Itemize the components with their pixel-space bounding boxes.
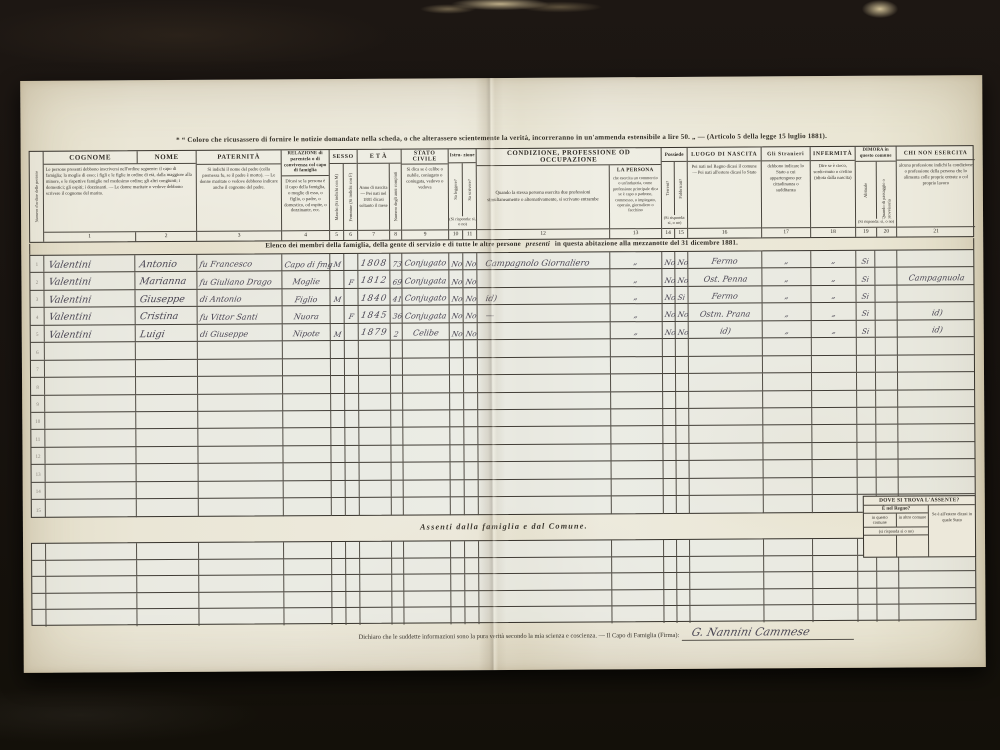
cell-m: M <box>331 324 345 341</box>
handwritten-entry: Conjugato <box>402 295 449 305</box>
cell-luogo <box>690 539 764 555</box>
eta-anni-label: Numero degli anni compiuti <box>393 172 399 222</box>
cell-m <box>331 359 345 376</box>
handwritten-entry: 1840 <box>358 294 390 305</box>
cell-inf <box>812 338 857 355</box>
cell-luogo <box>690 606 764 623</box>
list-title-pre: Elenco dei membri della famiglia, della … <box>265 241 521 250</box>
handwritten-entry: Moglie <box>289 278 322 288</box>
col-num-19: 19 <box>856 228 877 237</box>
cell-fabb <box>677 540 690 556</box>
row-number: 1 <box>36 263 39 268</box>
col-luogo-nascita: LUOGO DI NASCITA Pei nati nel Regno dica… <box>688 147 763 237</box>
cell-terreni <box>663 409 676 426</box>
cell-terreni <box>664 461 677 478</box>
cell-fabb <box>677 606 690 623</box>
cell-cognome <box>45 430 136 447</box>
col-num-11: 11 <box>463 230 476 239</box>
cell-relazione: Nipote <box>283 324 331 341</box>
col-num-4: 4 <box>282 231 329 240</box>
cell-terreni <box>664 496 677 514</box>
cell-legge <box>451 462 465 479</box>
cell-anno <box>360 608 392 625</box>
cell-anni <box>392 558 404 574</box>
dove-sub-questo-comune: in questo comune <box>864 514 897 527</box>
cell-scrive <box>464 428 478 445</box>
cell-num: 8 <box>31 378 45 395</box>
cell-anni <box>392 542 404 558</box>
cell-abit <box>857 338 876 355</box>
cell-terreni <box>664 590 677 606</box>
cell-chinon: id) <box>898 302 976 319</box>
handwritten-entry: „ <box>782 275 792 285</box>
cell-relazione: Capo di fmg <box>282 254 330 271</box>
handwritten-entry: Giuseppe <box>135 295 188 307</box>
cell-anni <box>391 428 403 445</box>
row-number: 6 <box>36 350 39 355</box>
handwritten-entry: „ <box>631 311 641 321</box>
cell-num: 12 <box>31 448 45 465</box>
handwritten-entry: „ <box>631 276 641 286</box>
cell-prof: — <box>478 305 611 322</box>
row-number: 7 <box>36 368 39 373</box>
cell-legge <box>450 358 464 375</box>
row-number: 3 <box>36 298 39 303</box>
cell-fabb: Si <box>675 287 688 304</box>
cell-luogo: Ostm. Prana <box>689 304 763 321</box>
cell-stran <box>764 572 813 588</box>
cell-nome: Antonio <box>135 255 197 272</box>
cell-relazione <box>283 359 331 376</box>
cell-chinon <box>898 424 976 441</box>
row-number: 13 <box>36 473 41 478</box>
handwritten-entry: — <box>477 311 497 322</box>
cell-terreni: No <box>662 252 675 269</box>
cell-relazione <box>283 376 331 393</box>
cell-fabb <box>676 356 689 373</box>
cell-num: 15 <box>32 500 46 518</box>
cell-scrive <box>464 375 478 392</box>
cell-legge <box>451 558 465 574</box>
cell-anno <box>360 463 392 480</box>
cell-stran <box>764 556 813 572</box>
handwritten-entry: Conjugato <box>402 260 449 270</box>
cell-paternita <box>199 481 284 498</box>
cell-stran <box>764 589 813 605</box>
cell-legge: No <box>449 253 463 270</box>
cell-cognome <box>46 543 137 559</box>
handwritten-entry: Si <box>859 293 872 302</box>
cell-prof <box>479 462 612 479</box>
handwritten-entry: „ <box>631 293 641 303</box>
handwritten-entry: 1879 <box>358 329 390 340</box>
cell-stato: Conjugata <box>402 271 449 288</box>
cell-anni <box>391 341 403 358</box>
cell-stran <box>764 478 813 495</box>
cell-nome <box>137 576 199 592</box>
handwritten-entry: Figlio <box>292 296 320 306</box>
cell-f <box>345 393 359 410</box>
cell-paternita <box>199 559 284 575</box>
cell-abit: Si <box>856 251 875 268</box>
handwritten-entry: Fermo <box>709 258 741 268</box>
cell-m <box>332 592 346 608</box>
cell-m <box>331 376 345 393</box>
cell-anno: 1845 <box>359 306 391 323</box>
cell-inf <box>812 373 857 390</box>
list-title-emph: presenti <box>523 241 553 248</box>
cell-fabb: No <box>676 304 689 321</box>
cell-f <box>345 411 359 428</box>
photo-background: * “ Coloro che ricusassero di fornire le… <box>0 0 1000 750</box>
cell-luogo <box>690 461 764 478</box>
handwritten-entry: id) <box>928 309 945 319</box>
cell-fabb: No <box>675 269 688 286</box>
cell-inf <box>813 495 858 513</box>
cell-inf: „ <box>812 321 857 338</box>
cell-terreni <box>663 374 676 391</box>
cell-luogo <box>690 589 764 605</box>
cell-stran: „ <box>762 251 811 268</box>
cell-abit <box>858 477 877 494</box>
cell-cognome: Valentini <box>45 325 136 342</box>
cell-relazione <box>284 498 332 516</box>
cell-legge: No <box>450 323 464 340</box>
cell-cognome <box>45 377 136 394</box>
cell-f <box>346 575 360 591</box>
cell-inf: „ <box>811 251 856 268</box>
cell-legge <box>450 410 464 427</box>
handwritten-entry: 1812 <box>358 277 390 288</box>
cell-terreni <box>664 540 677 556</box>
cell-anno <box>360 558 392 574</box>
cell-legge <box>451 607 465 624</box>
cell-persona: „ <box>610 269 662 286</box>
cell-anno <box>359 341 391 358</box>
cell-paternita: di Giuseppe <box>198 324 283 341</box>
cell-scrive: No <box>463 271 477 288</box>
dove-sub-altro-comune: in altro comune <box>897 513 929 526</box>
cell-anni <box>392 463 404 480</box>
cell-scrive <box>465 462 479 479</box>
cell-luogo <box>689 373 763 390</box>
cell-anni <box>392 608 404 625</box>
cell-legge <box>451 480 465 497</box>
cell-prof <box>478 427 611 444</box>
cell-chinon <box>899 588 977 604</box>
cell-stran <box>763 338 812 355</box>
col-num-18: 18 <box>811 228 855 237</box>
cell-luogo <box>690 573 764 589</box>
cell-terreni <box>664 606 677 623</box>
cell-stran <box>763 391 812 408</box>
cell-stato <box>404 574 451 590</box>
cell-legge <box>450 445 464 462</box>
handwritten-entry: Nipote <box>290 330 322 340</box>
cell-relazione: Moglie <box>282 271 330 288</box>
handwritten-entry: „ <box>829 275 839 285</box>
cell-paternita <box>198 411 283 428</box>
cell-scrive <box>465 497 479 515</box>
cell-stran <box>763 408 812 425</box>
cell-prof <box>477 270 610 287</box>
cell-persona <box>611 444 663 461</box>
sesso-femmine-label: Femmine (Si indichi con F) <box>348 173 354 222</box>
col-dimora: DIMORA in questo comune Abituale Quando … <box>856 147 898 237</box>
cell-stato <box>404 608 451 625</box>
cell-stran <box>763 425 812 442</box>
dove-estero-column: Se è all'estero dicasi in quale Stato <box>929 505 975 556</box>
cell-anni <box>391 445 403 462</box>
cell-nome <box>136 447 198 464</box>
handwritten-entry: id) <box>477 294 500 305</box>
cell-abit <box>857 425 876 442</box>
cell-stato <box>403 428 450 445</box>
cell-anni <box>392 498 404 516</box>
handwritten-entry: M <box>330 261 343 270</box>
cell-stato <box>404 463 451 480</box>
col-sesso: SESSO Maschi (Si indichi con M) Femmine … <box>330 150 359 240</box>
cell-dim20 <box>877 588 899 604</box>
cell-nome <box>137 499 199 517</box>
cell-persona: „ <box>610 252 662 269</box>
cell-num: 14 <box>32 482 46 499</box>
cell-anno <box>359 358 391 375</box>
cell-dim20 <box>876 338 898 355</box>
cell-fabb <box>677 461 690 478</box>
cell-fabb <box>676 391 689 408</box>
cell-fabb <box>677 556 690 572</box>
cell-m: M <box>330 254 344 271</box>
cell-num: 4 <box>31 308 45 325</box>
cell-relazione <box>283 411 331 428</box>
cell-terreni: No <box>663 304 676 321</box>
cell-m <box>331 393 345 410</box>
cell-stran <box>764 539 813 555</box>
cell-paternita: fu Giuliano Drago <box>197 272 282 289</box>
cell-fabb <box>677 573 690 589</box>
cell-paternita <box>199 464 284 481</box>
cell-dim20 <box>876 442 898 459</box>
cell-stran: „ <box>762 286 811 303</box>
cell-anni: 2 <box>391 323 403 340</box>
cell-scrive <box>465 607 479 624</box>
cell-cognome <box>46 609 137 626</box>
cell-cognome <box>45 342 136 359</box>
handwritten-entry: No <box>675 276 691 285</box>
cell-persona <box>611 357 663 374</box>
fabbricati-label: Fabbricati? <box>678 179 684 199</box>
cell-dim20 <box>876 425 898 442</box>
cell-legge <box>450 375 464 392</box>
cell-cognome <box>46 560 137 576</box>
cell-terreni <box>663 339 676 356</box>
cell-terreni <box>664 573 677 589</box>
handwritten-entry: „ <box>829 327 839 337</box>
handwritten-entry: Valentini <box>43 278 93 290</box>
cell-terreni <box>663 391 676 408</box>
cell-persona <box>612 557 664 573</box>
cell-stato <box>404 497 451 515</box>
cell-anni <box>392 591 404 607</box>
cell-cognome: Valentini <box>44 290 135 307</box>
dove-si-trova-box: DOVE SI TROVA L'ASSENTE? È nel Regno? in… <box>863 495 976 558</box>
cell-abit <box>858 572 877 588</box>
cell-prof <box>479 540 612 556</box>
cell-prof <box>478 322 611 339</box>
cell-f <box>345 376 359 393</box>
cell-num: 10 <box>31 413 45 430</box>
cell-num <box>32 610 46 627</box>
cell-prof <box>478 392 611 409</box>
cell-persona <box>612 461 664 478</box>
cell-nome <box>137 559 199 575</box>
col-possiede: Possiede Terreni? Fabbricati? (Si rispon… <box>662 148 689 238</box>
row-number: 5 <box>36 333 39 338</box>
cell-dim20 <box>875 251 897 268</box>
cell-nome: Luigi <box>136 325 198 342</box>
cell-anni <box>391 393 403 410</box>
list-title-post: in questa abitazione alla mezzanotte del… <box>555 240 738 248</box>
cell-anni <box>391 376 403 393</box>
cell-scrive <box>464 358 478 375</box>
cell-stran: „ <box>762 269 811 286</box>
sa-scrivere-label: Sa scrivere? <box>467 179 473 200</box>
cell-m <box>332 608 346 625</box>
cell-fabb <box>677 590 690 606</box>
cell-relazione <box>283 394 331 411</box>
la-persona-desc: che esercita un commercio o un'industria… <box>610 173 661 228</box>
handwritten-entry: Valentini <box>44 295 94 307</box>
row-number: 9 <box>36 403 39 408</box>
cell-nome <box>137 543 199 559</box>
cell-relazione <box>283 341 331 358</box>
cell-fabb <box>677 479 690 496</box>
cell-anni <box>392 480 404 497</box>
cell-abit: Si <box>856 268 875 285</box>
cell-chinon <box>898 355 976 372</box>
cell-dim20 <box>876 408 898 425</box>
col-num-9: 9 <box>402 230 448 239</box>
cell-f <box>346 558 360 574</box>
cell-stato <box>403 410 450 427</box>
cell-nome <box>136 394 198 411</box>
cell-luogo <box>689 426 763 443</box>
cell-relazione <box>284 592 332 608</box>
handwritten-entry: F <box>346 278 357 287</box>
cell-inf <box>812 408 857 425</box>
cell-cognome <box>45 395 136 412</box>
cell-f <box>346 608 360 625</box>
cell-relazione <box>284 608 332 625</box>
cell-fabb <box>676 444 689 461</box>
cell-m <box>331 446 345 463</box>
signature: G. Nannini Cammese <box>681 625 857 641</box>
cell-terreni <box>663 357 676 374</box>
col-num-14: 14 <box>662 229 675 238</box>
cell-nome: Marianna <box>135 272 197 289</box>
cell-relazione: Nuora <box>283 306 331 323</box>
row-number: 2 <box>36 281 39 286</box>
cell-fabb <box>676 339 689 356</box>
cell-scrive <box>465 591 479 607</box>
cell-persona <box>612 496 664 514</box>
col-num-5: 5 <box>330 231 344 240</box>
cell-inf <box>813 572 858 588</box>
row-number: 15 <box>36 508 41 513</box>
cell-inf <box>813 478 858 495</box>
cell-paternita: fu Vittor Santi <box>198 307 283 324</box>
handwritten-entry: M <box>331 296 344 305</box>
cell-num: 2 <box>30 273 44 290</box>
col-stato-civile: STATO CIVILE Si dica se è celibe o nubil… <box>402 149 450 239</box>
cell-m <box>331 306 345 323</box>
cell-fabb: No <box>675 252 688 269</box>
cell-m <box>331 411 345 428</box>
cell-prof <box>478 374 611 391</box>
cell-scrive: No <box>463 288 477 305</box>
cell-fabb <box>676 426 689 443</box>
handwritten-entry: „ <box>631 259 641 269</box>
cell-stato: Conjugata <box>403 306 450 323</box>
handwritten-entry: Valentini <box>44 330 94 342</box>
cell-terreni <box>664 556 677 572</box>
cell-nome <box>137 464 199 481</box>
handwritten-entry: Luigi <box>135 330 168 342</box>
cell-prof <box>479 479 612 496</box>
handwritten-entry: „ <box>829 292 839 302</box>
cell-cognome <box>45 447 136 464</box>
cell-m <box>332 463 346 480</box>
cell-prof <box>479 607 612 624</box>
cognome-nome-desc: Le persone presenti debbono inscriversi … <box>44 164 196 232</box>
handwritten-entry: Cristina <box>135 312 181 324</box>
handwritten-entry: Si <box>859 328 872 337</box>
cell-chinon <box>897 285 975 302</box>
col-num-6: 6 <box>344 231 357 240</box>
cell-anno: 1808 <box>358 254 390 271</box>
handwritten-entry: Campagnuola <box>906 274 968 284</box>
cell-scrive: No <box>463 253 477 270</box>
cell-stran <box>764 495 813 513</box>
handwritten-entry: 2 <box>391 331 401 340</box>
cell-dim20 <box>875 268 897 285</box>
cell-paternita: di Antonio <box>197 289 282 306</box>
cell-abit: Si <box>857 303 876 320</box>
cell-chinon: id) <box>898 320 976 337</box>
cell-inf <box>812 425 857 442</box>
handwritten-entry: Si <box>675 294 688 303</box>
col-num-20: 20 <box>877 228 897 237</box>
cell-luogo <box>690 496 764 514</box>
la-persona-title: LA PERSONA <box>617 165 654 173</box>
cell-inf: „ <box>811 286 856 303</box>
cell-num: 1 <box>30 256 44 273</box>
cell-nome: Cristina <box>136 307 198 324</box>
cell-abit <box>857 390 876 407</box>
handwritten-entry: „ <box>782 310 792 320</box>
col-num-15: 15 <box>675 229 687 238</box>
cell-legge: No <box>449 271 463 288</box>
handwritten-entry: „ <box>781 258 791 268</box>
cell-chinon <box>899 604 977 621</box>
cell-m <box>331 341 345 358</box>
cell-cognome <box>46 482 137 499</box>
cell-f <box>345 341 359 358</box>
cell-abit: Si <box>856 286 875 303</box>
cell-anno <box>359 445 391 462</box>
cell-relazione: Figlio <box>282 289 330 306</box>
